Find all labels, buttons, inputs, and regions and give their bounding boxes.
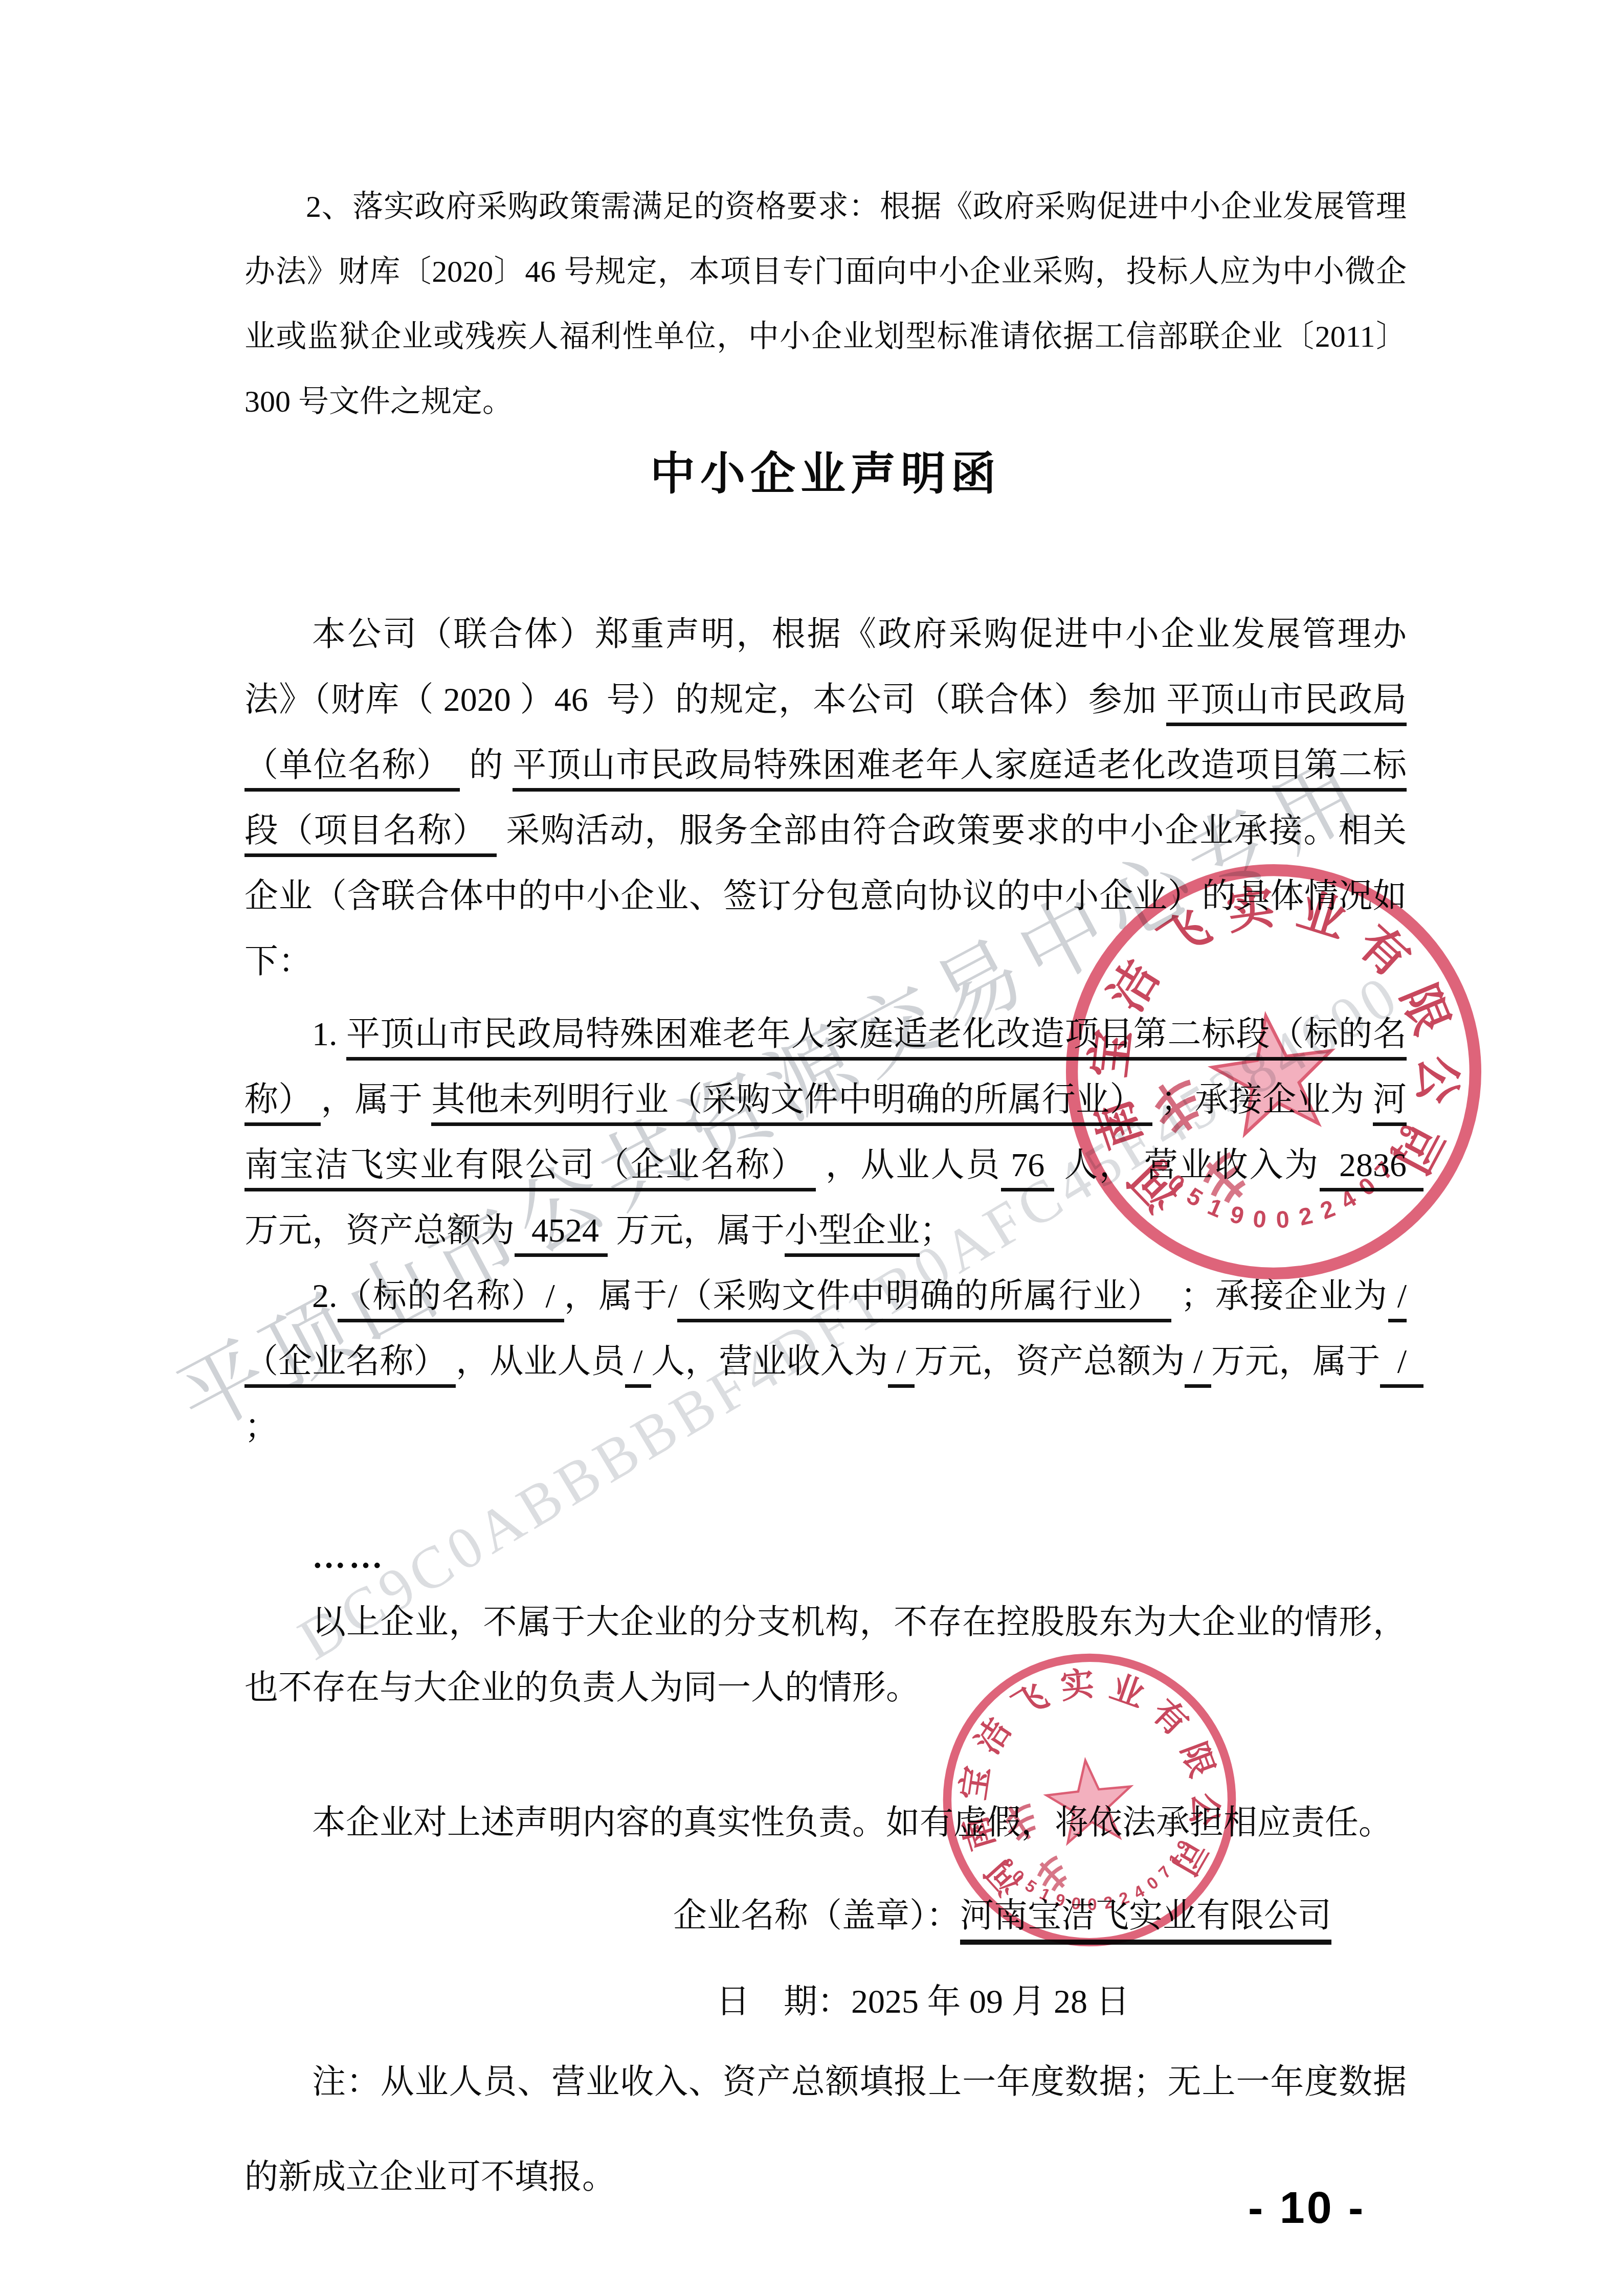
text-segment: ； bbox=[244, 1408, 278, 1446]
text-segment: ；承接企业为 bbox=[1171, 1277, 1388, 1315]
note-paragraph: 注：从业人员、营业收入、资产总额填报上一年度数据；无上一年度数据的新成立企业可不… bbox=[244, 2035, 1407, 2225]
filled-blank-underlined: / bbox=[888, 1343, 915, 1388]
document-content: 2、落实政府采购政策需满足的资格要求：根据《政府采购促进中小企业发展管理办法》财… bbox=[0, 0, 1624, 2225]
filled-blank-underlined: 76 bbox=[1001, 1146, 1054, 1191]
filled-blank-underlined: 小型企业 bbox=[785, 1212, 920, 1257]
filled-blank-underlined: / bbox=[1380, 1343, 1423, 1388]
filled-blank-underlined: （采购文件中明确的所属行业） bbox=[677, 1277, 1171, 1322]
filled-blank-underlined: / bbox=[1185, 1343, 1211, 1388]
text-segment: 万元，资产总额为 bbox=[915, 1343, 1185, 1380]
text-segment: ，属于 bbox=[321, 1081, 431, 1118]
text-segment: 本企业对上述声明内容的真实性负责。如有虚假，将依法承担相应责任。 bbox=[312, 1804, 1392, 1841]
text-segment: 万元，属于 bbox=[1211, 1343, 1381, 1380]
document-page: 平顶山市公共资源交易中心专用 DC9C0ABBBBBF4DF1B0AFC45E4… bbox=[0, 0, 1624, 2296]
signature-company-name: 河南宝洁飞实业有限公司 bbox=[960, 1897, 1331, 1945]
text-segment: 2、落实政府采购政策需满足的资格要求：根据《政府采购促进中小企业发展管理办法》财… bbox=[244, 190, 1407, 418]
text-segment: 人，营业收入为 bbox=[651, 1343, 888, 1380]
paragraph-qualification-requirement: 2、落实政府采购政策需满足的资格要求：根据《政府采购促进中小企业发展管理办法》财… bbox=[244, 174, 1407, 434]
filled-blank-underlined: / bbox=[625, 1343, 652, 1388]
text-segment: 的 bbox=[460, 747, 513, 784]
signature-line: 企业名称（盖章）：河南宝洁飞实业有限公司 bbox=[244, 1883, 1407, 1949]
page-number: - 10 - bbox=[1248, 2181, 1365, 2234]
text-segment: ，属于/ bbox=[564, 1277, 677, 1315]
ellipsis-line: …… bbox=[244, 1524, 1407, 1590]
text-segment: ；承接企业为 bbox=[1152, 1081, 1373, 1118]
text-segment: 注：从业人员、营业收入、资产总额填报上一年度数据；无上一年度数据的新成立企业可不… bbox=[244, 2063, 1407, 2196]
text-segment: 人， 营业收入为 bbox=[1054, 1146, 1320, 1184]
paragraph-not-big-enterprise: 以上企业，不属于大企业的分支机构，不存在控股股东为大企业的情形，也不存在与大企业… bbox=[244, 1590, 1407, 1721]
text-segment: 以上企业，不属于大企业的分支机构，不存在控股股东为大企业的情形，也不存在与大企业… bbox=[244, 1604, 1407, 1706]
paragraph-declaration: 本公司（联合体）郑重声明，根据《政府采购促进中小企业发展管理办法》（财库（ 20… bbox=[244, 602, 1407, 995]
text-segment: 万元，属于 bbox=[608, 1212, 785, 1249]
text-segment: 万元，资产总额为 bbox=[244, 1212, 515, 1249]
paragraph-item-1: 1. 平顶山市民政局特殊困难老年人家庭适老化改造项目第二标段（标的名称） ，属于… bbox=[244, 1002, 1407, 1264]
date-line: 日 期：2025 年 09 月 28 日 bbox=[244, 1969, 1407, 2035]
text-segment: ，从业人员 bbox=[816, 1146, 1001, 1184]
filled-blank-underlined: 其他未列明行业（采购文件中明确的所属行业） bbox=[431, 1081, 1152, 1126]
text-segment: ； bbox=[920, 1212, 953, 1249]
filled-blank-underlined: （标的名称）/ bbox=[338, 1277, 565, 1322]
paragraph-item-2: 2.（标的名称）/ ，属于/（采购文件中明确的所属行业） ；承接企业为 /（企业… bbox=[244, 1264, 1407, 1460]
paragraph-responsibility: 本企业对上述声明内容的真实性负责。如有虚假，将依法承担相应责任。 bbox=[244, 1790, 1407, 1856]
text-segment: 2. bbox=[312, 1277, 338, 1315]
filled-blank-underlined: 4524 bbox=[515, 1212, 608, 1257]
signature-label: 企业名称（盖章）： bbox=[673, 1897, 960, 1934]
text-segment: ，从业人员 bbox=[456, 1343, 625, 1380]
document-title: 中小企业声明函 bbox=[244, 444, 1407, 505]
text-segment: 1. bbox=[312, 1016, 346, 1053]
filled-blank-underlined: 2836 bbox=[1320, 1146, 1423, 1191]
